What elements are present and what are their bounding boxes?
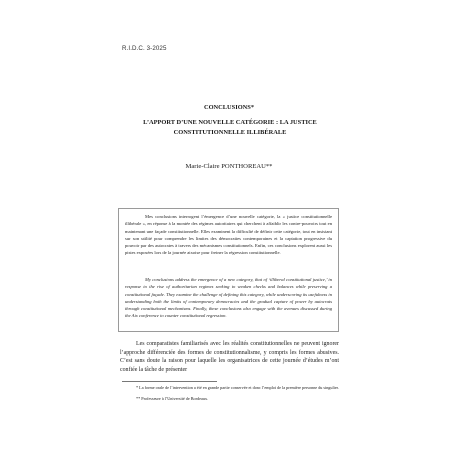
- footnote-2: ** Professeure à l’Université de Bordeau…: [136, 396, 355, 402]
- section-title: CONCLUSIONS*: [0, 104, 458, 111]
- document-page: R.I.D.C. 3-2025 CONCLUSIONS* L’APPORT D’…: [0, 0, 458, 458]
- article-title: L’APPORT D’UNE NOUVELLE CATÉGORIE : LA J…: [110, 118, 350, 138]
- footnote-divider: [122, 381, 217, 382]
- abstract-box: Mes conclusions interrogent l’émergence …: [118, 208, 339, 332]
- author-name: Marie-Claire PONTHOREAU**: [0, 163, 458, 170]
- journal-header: R.I.D.C. 3-2025: [122, 45, 167, 52]
- abstract-english: My conclusions address the emergence of …: [125, 276, 332, 320]
- body-paragraph: Les comparatistes familiarisés avec les …: [120, 340, 339, 375]
- abstract-french: Mes conclusions interrogent l’émergence …: [125, 213, 332, 257]
- footnote-1: * La forme orale de l’intervention a été…: [120, 385, 339, 391]
